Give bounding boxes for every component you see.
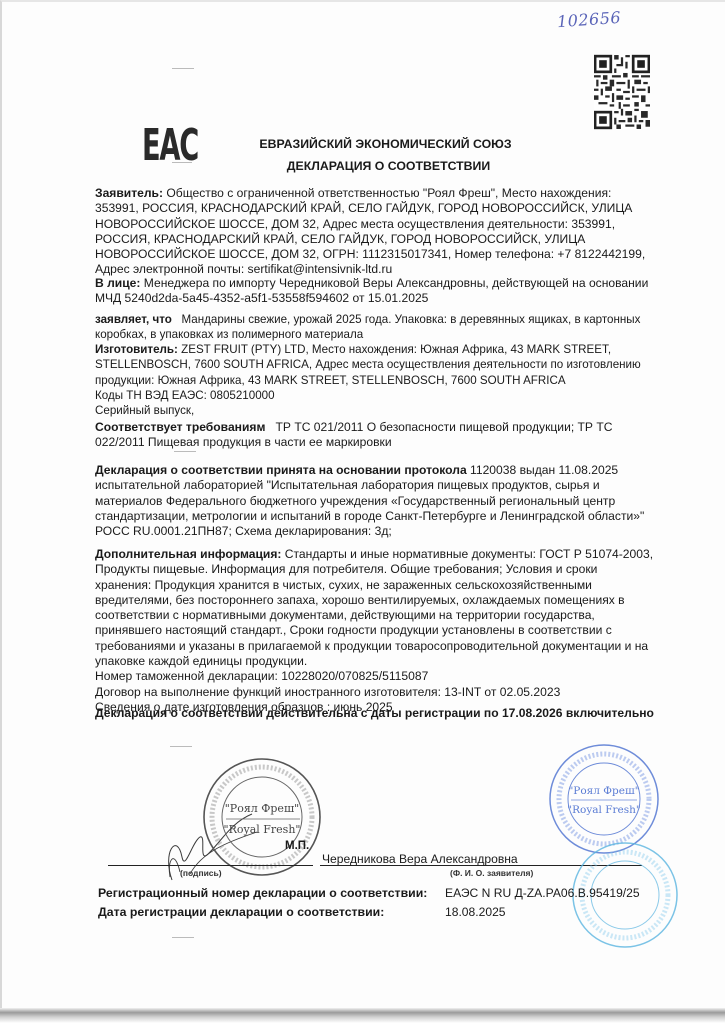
declaration-page: 102656 EAC (0, 0, 725, 1023)
scan-speck (172, 937, 194, 938)
representative-text: Менеджера по импорту Чередниковой Веры А… (95, 276, 648, 305)
applicant-name-caption: (Ф. И. О. заявителя) (450, 868, 533, 878)
applicant-label: Заявитель: (95, 186, 163, 200)
basis-label: Декларация о соответствии принята на осн… (95, 463, 467, 477)
stamp-name-ru: "Роял Фреш" (568, 785, 639, 797)
qr-code-icon (594, 54, 650, 130)
registration-number-value: ЕАЭС N RU Д-ZA.РА06.В.95419/25 (445, 886, 640, 900)
signature-caption: (подпись) (180, 868, 222, 878)
applicant-block: Заявитель: Общество с ограниченной ответ… (95, 186, 655, 278)
conformity-block: Соответствует требованиям ТР ТС 021/2011… (95, 420, 655, 451)
signature-line (108, 865, 313, 866)
registration-number-label: Регистрационный номер декларации о соотв… (98, 886, 427, 900)
applicant-text: Общество с ограниченной ответственностью… (95, 186, 645, 276)
registration-date-value: 18.08.2025 (445, 905, 506, 919)
registration-date-label: Дата регистрации декларации о соответств… (98, 905, 384, 919)
basis-block: Декларация о соответствии принята на осн… (95, 463, 655, 539)
scan-speck (172, 68, 194, 69)
additional-info-block: Дополнительная информация: Стандарты и и… (95, 547, 655, 715)
validity-statement: Декларация о соответствии действительна … (95, 706, 655, 721)
customs-declaration-number: Номер таможенной декларации: 10228020/07… (95, 669, 655, 684)
conformity-label: Соответствует требованиям (95, 420, 265, 434)
stamp-place-label: М.П. (285, 840, 309, 852)
company-stamp-icon: "Роял Фреш" "Royal Fresh" (200, 755, 325, 880)
stamp-name-ru: "Роял Фреш" (225, 802, 299, 815)
declares-text: Мандарины свежие, урожай 2025 года. Упак… (95, 313, 644, 341)
additional-info-text: Стандарты и иные нормативные документы: … (95, 547, 653, 668)
stamp-name-en: "Royal Fresh" (224, 823, 301, 836)
foreign-manufacturer-contract: Договор на выполнение функций иностранно… (95, 685, 655, 700)
manufacturer-label: Изготовитель: (95, 343, 178, 356)
stamp-name-en: "Royal Fresh" (567, 804, 640, 816)
scan-speck (174, 451, 196, 452)
scan-speck (170, 746, 192, 747)
scan-bottom-edge (0, 1008, 725, 1023)
serial-release: Серийный выпуск, (95, 403, 655, 418)
additional-info-label: Дополнительная информация: (95, 547, 281, 561)
header-union: ЕВРАЗИЙСКИЙ ЭКОНОМИЧЕСКИЙ СОЮЗ (2, 137, 725, 151)
representative-label: В лице: (95, 276, 140, 290)
declares-label: заявляет, что (95, 313, 172, 326)
manufacturer-block: Изготовитель: ZEST FRUIT (PTY) LTD, Мест… (95, 342, 655, 418)
header-declaration-title: ДЕКЛАРАЦИЯ О СООТВЕТСТВИИ (2, 159, 725, 173)
representative-block: В лице: Менеджера по импорту Чередниково… (95, 276, 655, 307)
signer-name: Чередникова Вера Александровна (322, 852, 518, 866)
declares-block: заявляет, что Мандарины свежие, урожай 2… (95, 312, 655, 343)
tn-ved-codes: Коды ТН ВЭД ЕАЭС: 0805210000 (95, 388, 655, 403)
handwritten-number: 102656 (556, 8, 621, 31)
